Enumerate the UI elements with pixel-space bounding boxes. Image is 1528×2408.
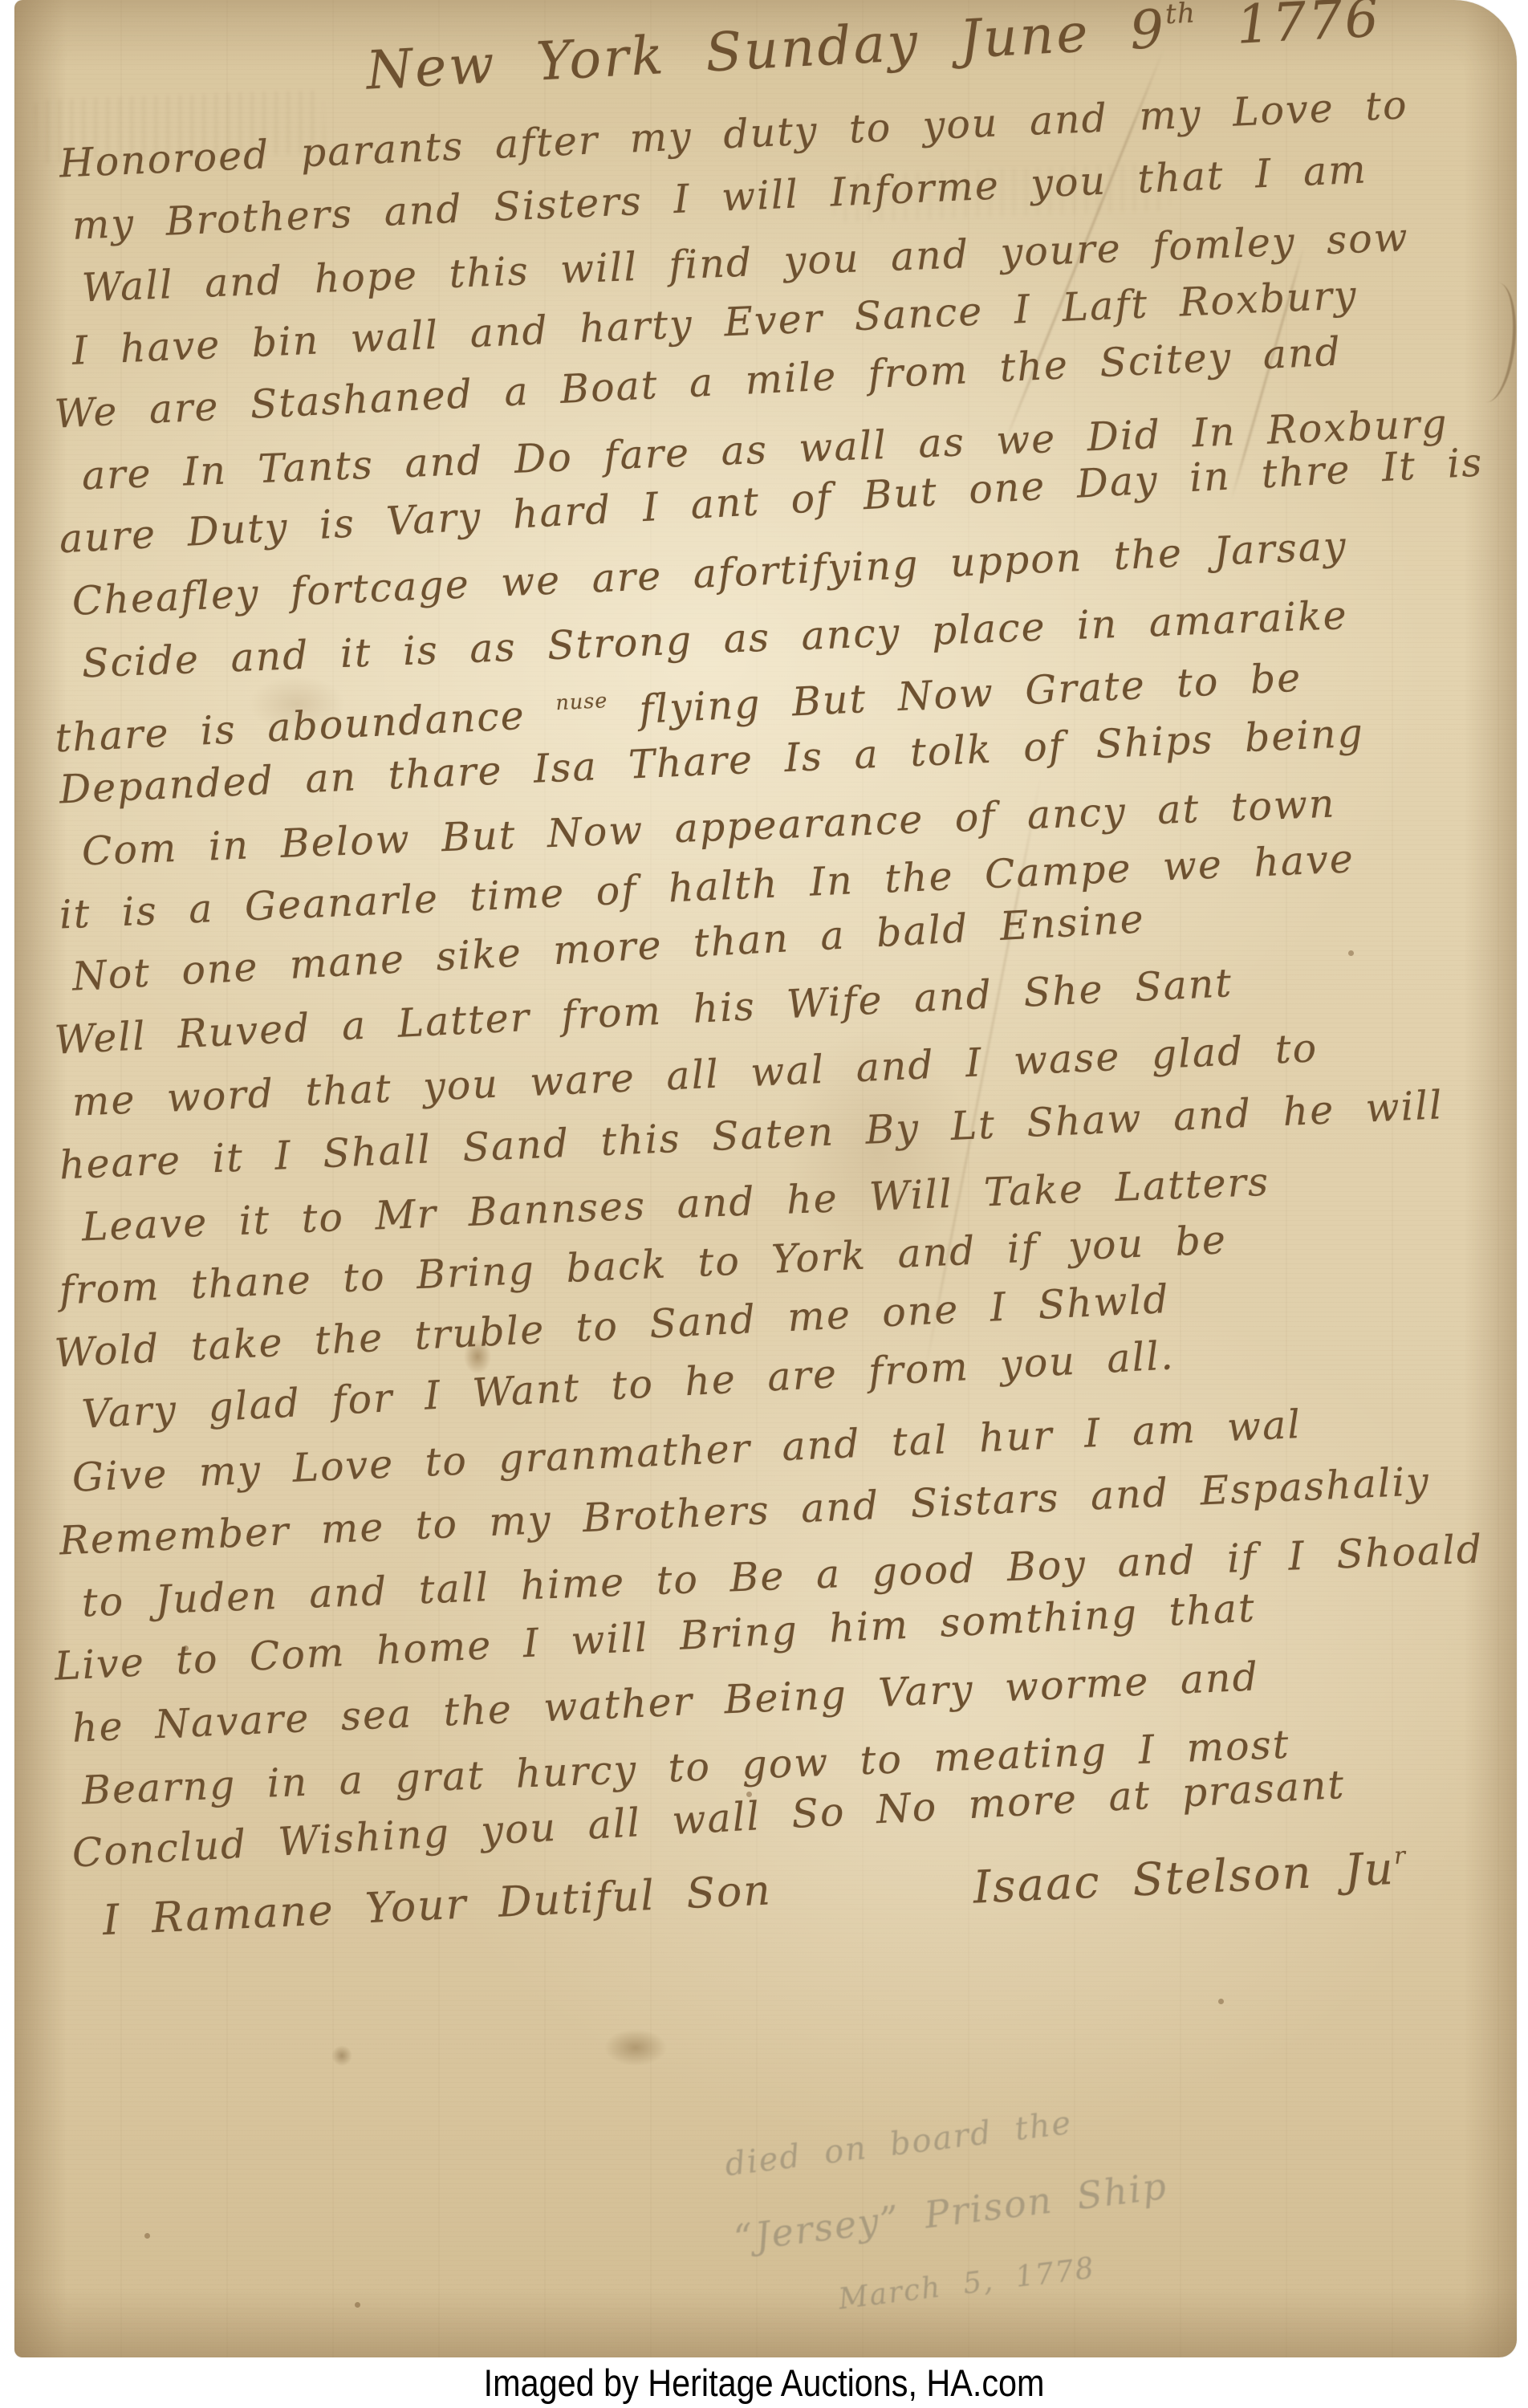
letter-paper: New York Sunday June 9th 1776 Honoroed p… xyxy=(14,0,1517,2357)
auction-caption-text: Imaged by Heritage Auctions, HA.com xyxy=(484,2361,1045,2405)
paper-stain xyxy=(604,2029,667,2066)
scanned-letter-page: New York Sunday June 9th 1776 Honoroed p… xyxy=(0,0,1528,2408)
paper-fleck xyxy=(1218,1999,1224,2004)
auction-caption-bar: Imaged by Heritage Auctions, HA.com xyxy=(0,2357,1528,2408)
paper-stain xyxy=(331,2045,352,2066)
letter-signature: Isaac Stelson Jur xyxy=(971,1818,1408,1925)
paper-fleck xyxy=(355,2302,360,2308)
letter-text: New York Sunday June 9th 1776 Honoroed p… xyxy=(51,13,1528,1960)
letter-body: Honoroed parants after my duty to you an… xyxy=(51,133,1528,1886)
pencil-annotation: died on board the“Jersey” Prison ShipMar… xyxy=(721,2054,1353,2349)
paper-fleck xyxy=(144,2233,150,2239)
